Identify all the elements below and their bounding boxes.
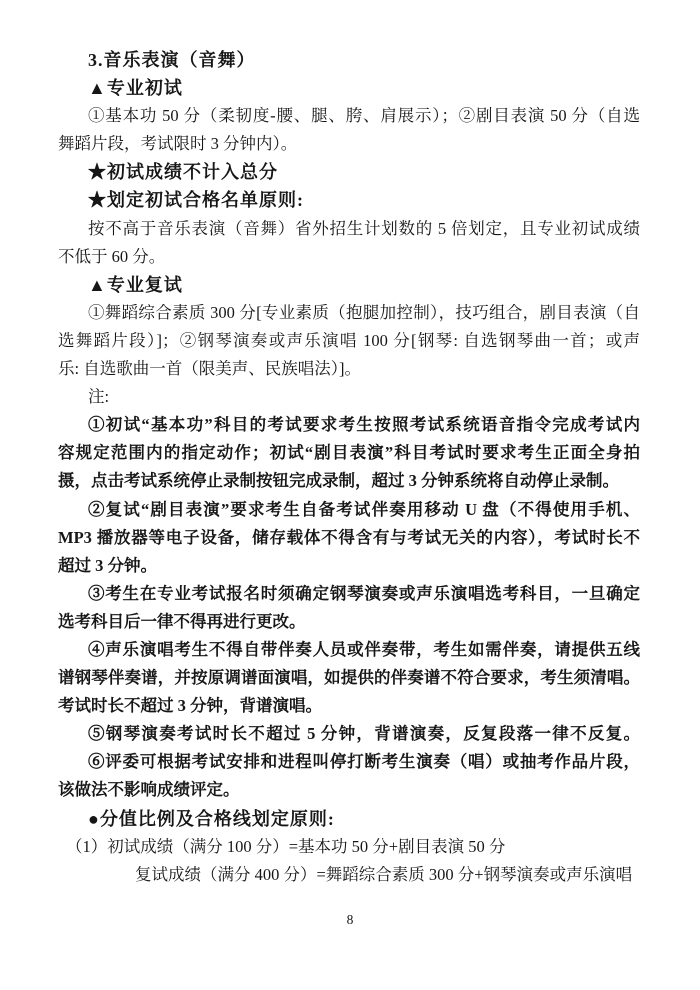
text-line: ▲专业初试 <box>58 74 640 102</box>
text-line: ▲专业复试 <box>58 271 640 299</box>
text-line: ⑥评委可根据考试安排和进程叫停打断考生演奏（唱）或抽考作品片段， <box>58 748 640 776</box>
text-line: ③考生在专业考试报名时须确定钢琴演奏或声乐演唱选考科目，一旦确定 <box>58 580 640 608</box>
text-line: 不低于 60 分。 <box>58 243 640 271</box>
text-line: 舞蹈片段，考试限时 3 分钟内）。 <box>58 130 640 158</box>
text-line: ①基本功 50 分（柔韧度-腰、腿、胯、肩展示）；②剧目表演 50 分（自选 <box>58 102 640 130</box>
text-line: 考试时长不超过 3 分钟，背谱演唱。 <box>58 692 640 720</box>
text-line: ★初试成绩不计入总分 <box>58 158 640 186</box>
text-line: 超过 3 分钟。 <box>58 552 640 580</box>
text-line: ①初试“基本功”科目的考试要求考生按照考试系统语音指令完成考试内 <box>58 411 640 439</box>
text-line: MP3 播放器等电子设备，储存载体不得含有与考试无关的内容），考试时长不 <box>58 524 640 552</box>
text-line: ④声乐演唱考生不得自带伴奏人员或伴奏带，考生如需伴奏，请提供五线 <box>58 636 640 664</box>
text-line: 乐: 自选歌曲一首（限美声、民族唱法）]。 <box>58 355 640 383</box>
page-number: 8 <box>0 912 700 928</box>
text-line: 复试成绩（满分 400 分）=舞蹈综合素质 300 分+钢琴演奏或声乐演唱 <box>58 861 640 889</box>
document-body: 3.音乐表演（音舞）▲专业初试①基本功 50 分（柔韧度-腰、腿、胯、肩展示）；… <box>58 46 640 889</box>
text-line: ★划定初试合格名单原则: <box>58 186 640 214</box>
text-line: ①舞蹈综合素质 300 分[专业素质（抱腿加控制），技巧组合，剧目表演（自 <box>58 299 640 327</box>
text-line: 容规定范围内的指定动作；初试“剧目表演”科目考试时要求考生正面全身拍 <box>58 439 640 467</box>
text-line: ⑤钢琴演奏考试时长不超过 5 分钟，背谱演奏，反复段落一律不反复。 <box>58 720 640 748</box>
text-line: ●分值比例及合格线划定原则: <box>58 805 640 833</box>
text-line: 该做法不影响成绩评定。 <box>58 776 640 804</box>
text-line: 摄，点击考试系统停止录制按钮完成录制，超过 3 分钟系统将自动停止录制。 <box>58 467 640 495</box>
text-line: ②复试“剧目表演”要求考生自备考试伴奏用移动 U 盘（不得使用手机、 <box>58 496 640 524</box>
document-page: 3.音乐表演（音舞）▲专业初试①基本功 50 分（柔韧度-腰、腿、胯、肩展示）；… <box>0 0 700 990</box>
text-line: 按不高于音乐表演（音舞）省外招生计划数的 5 倍划定，且专业初试成绩 <box>58 215 640 243</box>
text-line: 谱钢琴伴奏谱，并按原调谱面演唱，如提供的伴奏谱不符合要求，考生须清唱。 <box>58 664 640 692</box>
text-line: 选考科目后一律不得再进行更改。 <box>58 608 640 636</box>
text-line: （1）初试成绩（满分 100 分）=基本功 50 分+剧目表演 50 分 <box>58 833 640 861</box>
text-line: 选舞蹈片段）]；②钢琴演奏或声乐演唱 100 分[钢琴: 自选钢琴曲一首；或声 <box>58 327 640 355</box>
text-line: 3.音乐表演（音舞） <box>58 46 640 74</box>
text-line: 注: <box>58 383 640 411</box>
